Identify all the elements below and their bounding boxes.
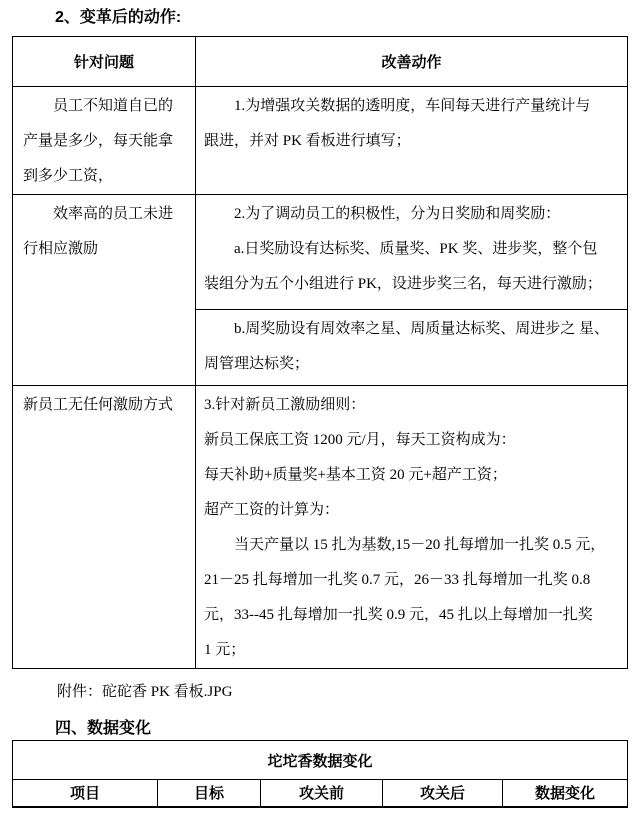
text-line: 员工不知道自已的 [23,89,193,124]
data-change-table: 坨坨香数据变化 项目 目标 攻关前 攻关后 数据变化 [12,740,628,808]
text-line: 21－25 扎每增加一扎奖 0.7 元，26－33 扎每增加一扎奖 0.8 [204,563,625,598]
actions-table-header-row: 针对问题 改善动作 [13,37,628,87]
text-line: 行相应激励 [23,232,193,267]
action-cell: 2.为了调动员工的积极性，分为日奖励和周奖励： a.日奖励设有达标奖、质量奖、P… [196,195,628,310]
text-line: a.日奖励设有达标奖、质量奖、PK 奖、进步奖，整个包 [204,232,625,267]
text-line: 新员工无任何激励方式 [23,388,193,423]
section-4-heading: 四、数据变化 [55,719,638,738]
data-change-table-title: 坨坨香数据变化 [13,741,628,780]
document-page: 2、变革后的动作: 针对问题 改善动作 员工不知道自已的 产量是多少，每天能拿 … [0,8,638,820]
data-change-table-title-row: 坨坨香数据变化 [13,741,628,780]
text-line: 效率高的员工未进 [23,197,193,232]
table-row: 新员工无任何激励方式 3.针对新员工激励细则： 新员工保底工资 1200 元/月… [13,386,628,669]
action-cell: b.周奖励设有周效率之星、周质量达标奖、周进步之 星、 周管理达标奖； [196,310,628,386]
text-line: 产量是多少，每天能拿 [23,124,193,159]
text-line: 新员工保底工资 1200 元/月，每天工资构成为： [204,423,625,458]
actions-table: 针对问题 改善动作 员工不知道自已的 产量是多少，每天能拿 到多少工资， 1.为… [12,36,628,669]
table-row: 效率高的员工未进 行相应激励 2.为了调动员工的积极性，分为日奖励和周奖励： a… [13,195,628,310]
problem-cell: 新员工无任何激励方式 [13,386,196,669]
action-cell: 1.为增强攻关数据的透明度，车间每天进行产量统计与 跟进，并对 PK 看板进行填… [196,87,628,195]
header-cell-after: 攻关后 [383,780,503,807]
text-line: 1.为增强攻关数据的透明度，车间每天进行产量统计与 [204,89,625,124]
problem-cell: 员工不知道自已的 产量是多少，每天能拿 到多少工资， [13,87,196,195]
header-cell-before: 攻关前 [261,780,383,807]
text-line: 每天补助+质量奖+基本工资 20 元+超产工资； [204,458,625,493]
text-line: 元，33--45 扎每增加一扎奖 0.9 元，45 扎以上每增加一扎奖 [204,598,625,633]
text-line: 装组分为五个小组进行 PK，设进步奖三名，每天进行激励； [204,267,625,302]
header-cell-problem: 针对问题 [13,37,196,87]
text-line: b.周奖励设有周效率之星、周质量达标奖、周进步之 星、 [204,312,625,347]
header-cell-target: 目标 [158,780,261,807]
text-line: 2.为了调动员工的积极性，分为日奖励和周奖励： [204,197,625,232]
text-line: 周管理达标奖； [204,347,625,382]
header-cell-project: 项目 [13,780,158,807]
text-line: 到多少工资， [23,159,193,194]
text-line: 跟进，并对 PK 看板进行填写； [204,124,625,159]
text-line: 当天产量以 15 扎为基数,15－20 扎每增加一扎奖 0.5 元， [204,528,625,563]
text-line: 3.针对新员工激励细则： [204,388,625,423]
data-change-table-header-row: 项目 目标 攻关前 攻关后 数据变化 [13,780,628,807]
header-cell-change: 数据变化 [503,780,628,807]
header-cell-action: 改善动作 [196,37,628,87]
text-line: 1 元； [204,633,625,668]
text-line: 超产工资的计算为： [204,493,625,528]
section-2-heading: 2、变革后的动作: [55,8,638,27]
attachment-note: 附件：砣砣香 PK 看板.JPG [57,682,638,702]
problem-cell: 效率高的员工未进 行相应激励 [13,195,196,386]
action-cell: 3.针对新员工激励细则： 新员工保底工资 1200 元/月，每天工资构成为： 每… [196,386,628,669]
table-row: 员工不知道自已的 产量是多少，每天能拿 到多少工资， 1.为增强攻关数据的透明度… [13,87,628,195]
